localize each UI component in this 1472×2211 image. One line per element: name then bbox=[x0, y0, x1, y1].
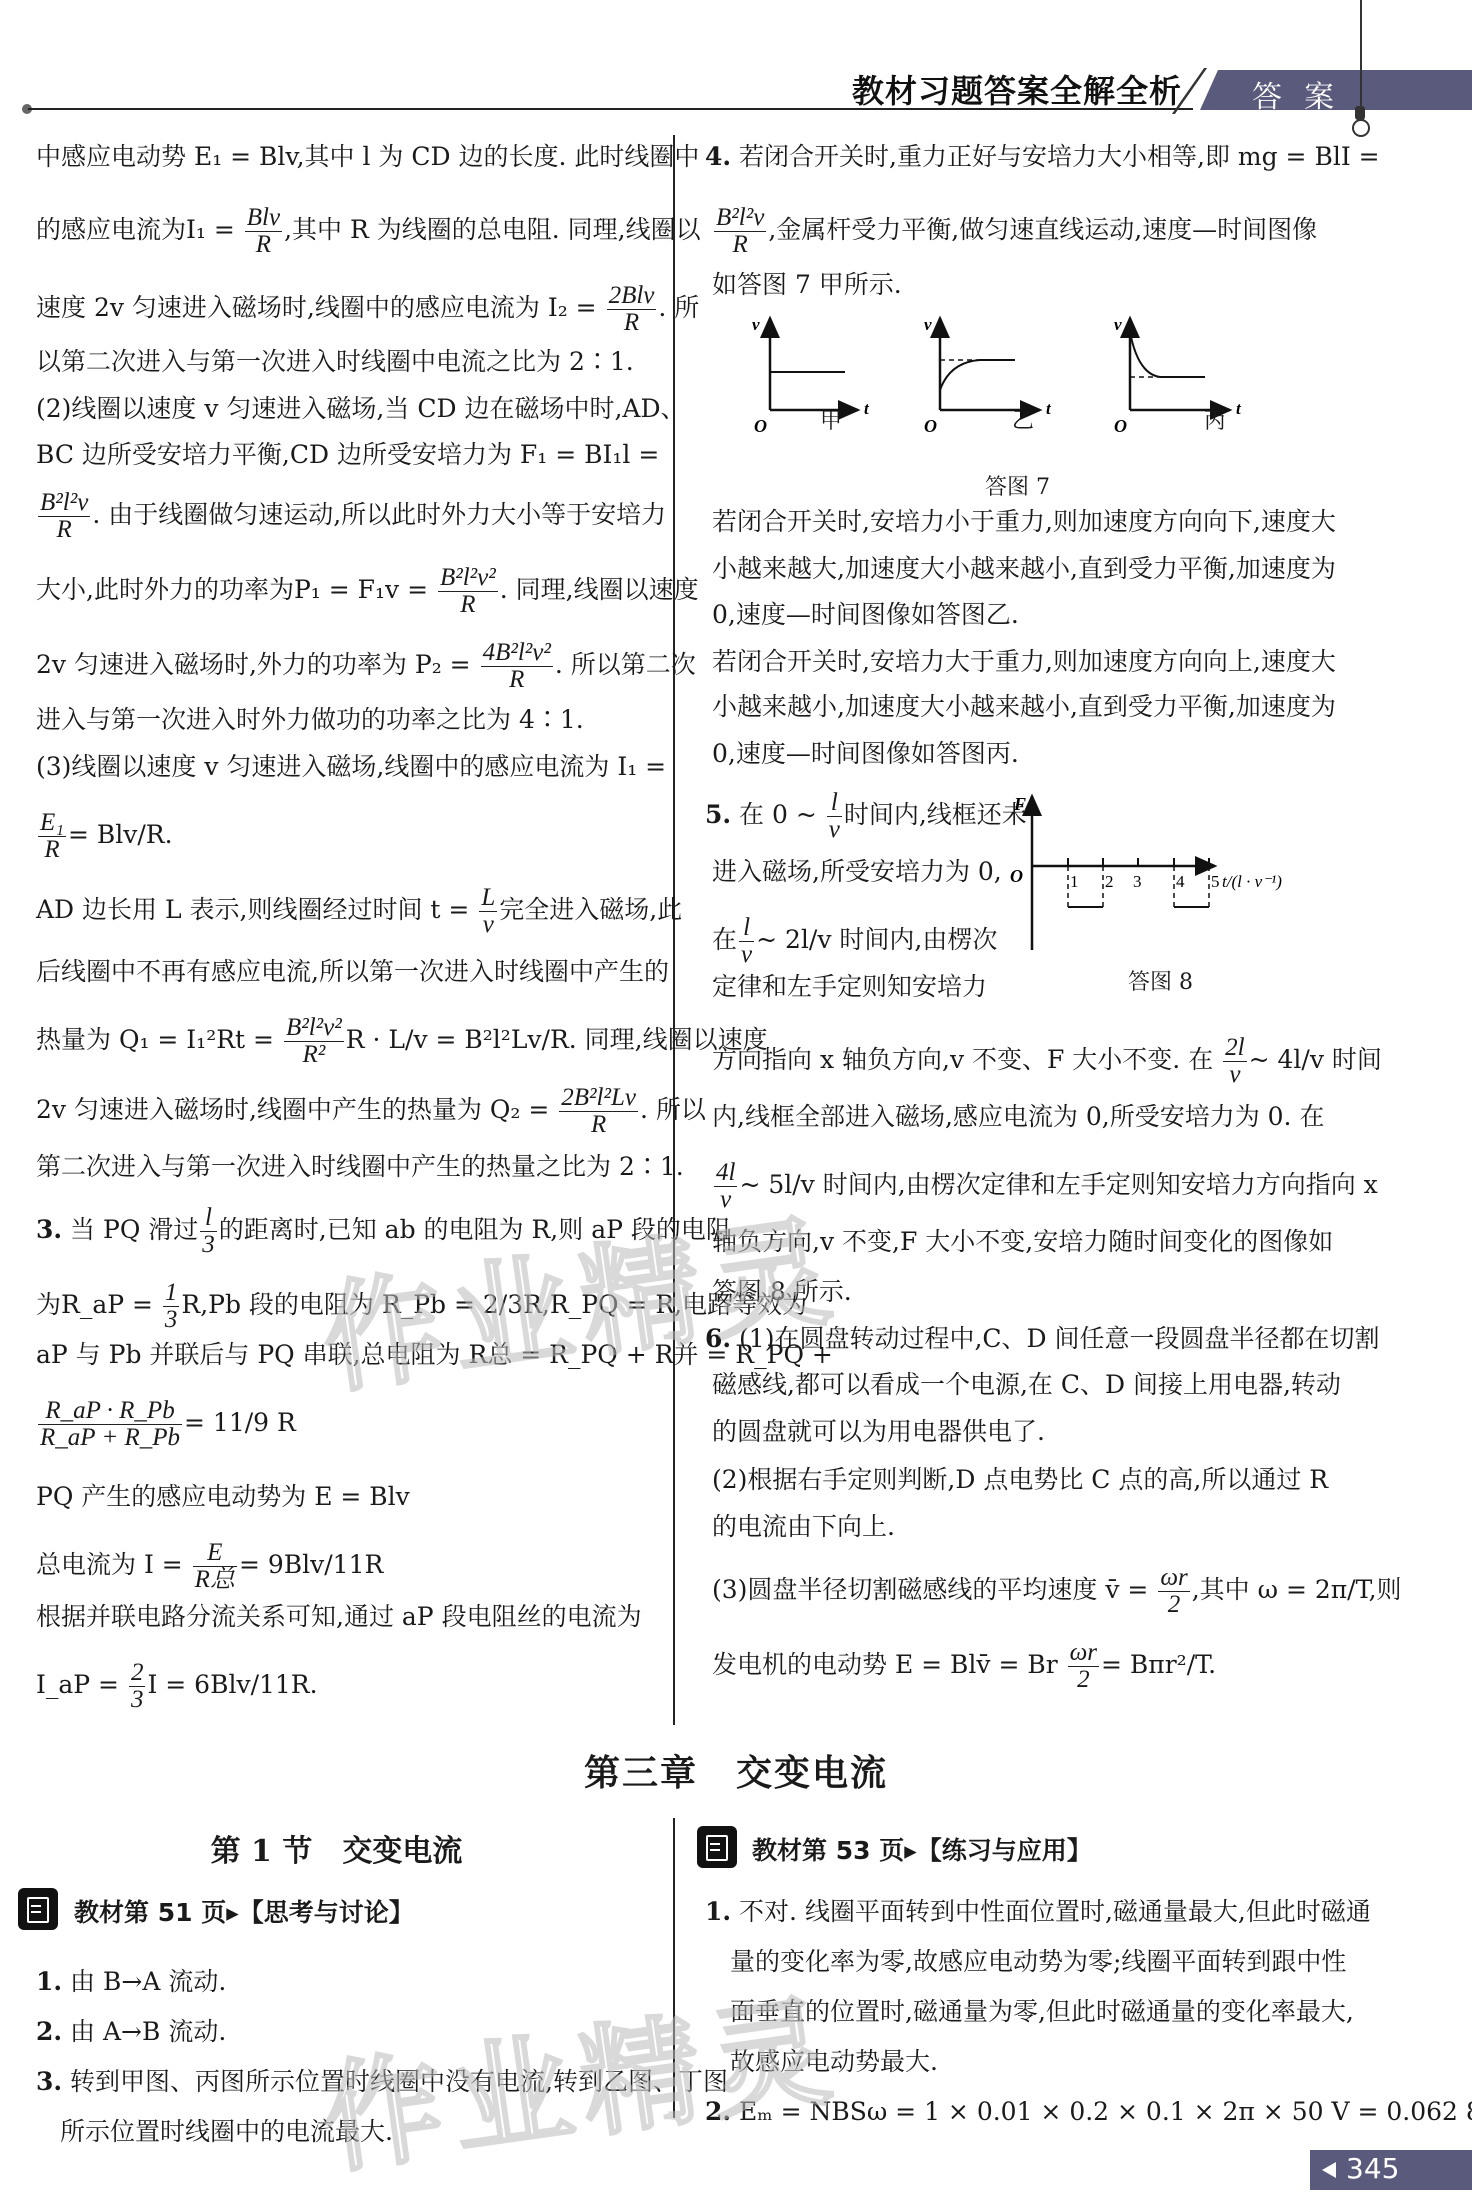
numerator: B²l²v² bbox=[284, 1015, 344, 1042]
text-line: 的圆盘就可以为用电器供电了. bbox=[712, 1415, 1045, 1449]
line-text-tail: . 所以 bbox=[640, 1095, 706, 1124]
graph-label-jia: 甲 bbox=[820, 404, 842, 435]
fraction: 4B²l²v²R bbox=[481, 640, 553, 693]
denominator: 2 bbox=[1068, 1667, 1099, 1693]
text-line: B²l²vR,金属杆受力平衡,做匀速直线运动,速度—时间图像 bbox=[712, 205, 1317, 258]
line-text: I_aP = bbox=[36, 1670, 127, 1699]
numerator: l bbox=[739, 915, 754, 942]
textbook-icon bbox=[697, 1826, 737, 1868]
text-line: 总电流为 I = ER总= 9Blv/11R bbox=[36, 1540, 383, 1593]
fraction: B²l²v²R² bbox=[284, 1015, 344, 1068]
line-text: 小越来越大,加速度大小越来越小,直到受力平衡,加速度为 bbox=[712, 554, 1336, 583]
bookmark-ring-icon bbox=[1352, 119, 1370, 137]
figure-8-ft-graph: F O 12 34 5 t/(l · v⁻¹) bbox=[1000, 790, 1340, 960]
line-text-tail: . 所以第二次 bbox=[555, 650, 696, 679]
numerator: E₁ bbox=[38, 810, 66, 837]
text-line: 内,线框全部进入磁场,感应电流为 0,所受安培力为 0. 在 bbox=[712, 1100, 1324, 1134]
figure-8-caption: 答图 8 bbox=[1128, 965, 1193, 996]
line-text: 定律和左手定则知安培力 bbox=[712, 972, 987, 1001]
denominator: v bbox=[1223, 1062, 1246, 1088]
denominator: R bbox=[481, 667, 553, 693]
svg-text:F: F bbox=[1013, 794, 1026, 814]
line-text: 0,速度—时间图像如答图乙. bbox=[712, 600, 1019, 629]
text-line: 2v 匀速进入磁场时,外力的功率为 P₂ = 4B²l²v²R. 所以第二次 bbox=[36, 640, 696, 693]
text-line: 定律和左手定则知安培力 bbox=[712, 970, 987, 1004]
text-line: 根据并联电路分流关系可知,通过 aP 段电阻丝的电流为 bbox=[36, 1600, 642, 1634]
section-title: 第 1 节 交变电流 bbox=[0, 1826, 673, 1870]
line-text-tail: ~ 5l/v 时间内,由楞次定律和左手定则知安培力方向指向 x bbox=[739, 1170, 1377, 1199]
bookmark-string bbox=[1360, 0, 1362, 108]
svg-text:O: O bbox=[754, 416, 767, 436]
text-line: AD 边长用 L 表示,则线圈经过时间 t = Lv完全进入磁场,此 bbox=[36, 885, 682, 938]
text-line: 4. 若闭合开关时,重力正好与安培力大小相等,即 mg = BlI = bbox=[705, 140, 1380, 174]
watermark: 作业精灵 bbox=[311, 1955, 850, 2198]
svg-text:O: O bbox=[924, 416, 937, 436]
text-line: 2v 匀速进入磁场时,线圈中产生的热量为 Q₂ = 2B²l²LvR. 所以 bbox=[36, 1085, 706, 1138]
numerator: B²l²v bbox=[38, 490, 90, 517]
svg-text:v: v bbox=[752, 315, 760, 334]
denominator: R bbox=[245, 232, 282, 258]
line-text: 由 B→A 流动. bbox=[62, 1967, 226, 1996]
textbook-icon bbox=[18, 1888, 58, 1930]
line-text: 第二次进入与第一次进入时线圈中产生的热量之比为 2∶1. bbox=[36, 1152, 684, 1181]
text-line: 0,速度—时间图像如答图乙. bbox=[712, 598, 1019, 632]
numerator: 1 bbox=[163, 1280, 180, 1307]
text-line: (2)线圈以速度 v 匀速进入磁场,当 CD 边在磁场中时,AD、 bbox=[36, 392, 686, 426]
line-text: 在 0 ~ bbox=[731, 800, 825, 829]
denominator: R bbox=[438, 592, 498, 618]
line-text: 热量为 Q₁ = I₁²Rt = bbox=[36, 1025, 282, 1054]
graph-jia: v t O bbox=[752, 315, 870, 436]
fraction: B²l²vR bbox=[714, 205, 766, 258]
line-text-tail: I = 6Blv/11R. bbox=[147, 1670, 317, 1699]
text-line: 热量为 Q₁ = I₁²Rt = B²l²v²R²R · L/v = B²l²L… bbox=[36, 1015, 768, 1068]
fraction: B²l²vR bbox=[38, 490, 90, 543]
text-line: 1. 由 B→A 流动. bbox=[36, 1965, 226, 1999]
denominator: 3 bbox=[129, 1687, 146, 1713]
line-text-tail: ~ 2l/v 时间内,由楞次 bbox=[756, 925, 997, 954]
item-number: 1. bbox=[36, 1967, 62, 1996]
text-line: 小越来越大,加速度大小越来越小,直到受力平衡,加速度为 bbox=[712, 552, 1336, 586]
line-text: AD 边长用 L 表示,则线圈经过时间 t = bbox=[36, 895, 477, 924]
text-line: 若闭合开关时,安培力大于重力,则加速度方向向上,速度大 bbox=[712, 645, 1336, 679]
denominator: v bbox=[739, 942, 754, 968]
text-line: 磁感线,都可以看成一个电源,在 C、D 间接上用电器,转动 bbox=[712, 1368, 1341, 1402]
line-text: 进入磁场,所受安培力为 0, bbox=[712, 857, 1002, 886]
line-text: 发电机的电动势 E = Blv̄ = Br bbox=[712, 1650, 1066, 1679]
text-line: 进入与第一次进入时外力做功的功率之比为 4∶1. bbox=[36, 703, 584, 737]
text-line: 0,速度—时间图像如答图丙. bbox=[712, 737, 1019, 771]
line-text: 小越来越小,加速度大小越来越小,直到受力平衡,加速度为 bbox=[712, 692, 1336, 721]
line-text: 由 A→B 流动. bbox=[62, 2017, 226, 2046]
svg-text:t: t bbox=[864, 399, 870, 418]
line-text: 速度 2v 匀速进入磁场时,线圈中的感应电流为 I₂ = bbox=[36, 293, 605, 322]
line-text-tail: ,其中 ω = 2π/T,则 bbox=[1192, 1575, 1402, 1604]
answer-label: 答案 bbox=[1252, 72, 1356, 116]
fraction: R_aP · R_PbR_aP + R_Pb bbox=[38, 1398, 182, 1451]
fraction: Lv bbox=[479, 885, 497, 938]
text-line: I_aP = 23I = 6Blv/11R. bbox=[36, 1660, 318, 1713]
numerator: ωr bbox=[1068, 1640, 1099, 1667]
text-line: 以第二次进入与第一次进入时线圈中电流之比为 2∶1. bbox=[36, 345, 634, 379]
text-line: 1. 不对. 线圈平面转到中性面位置时,磁通量最大,但此时磁通 bbox=[705, 1895, 1371, 1929]
denominator: 2 bbox=[1158, 1592, 1189, 1618]
text-line: 在lv~ 2l/v 时间内,由楞次 bbox=[712, 915, 997, 968]
subsection-heading-p51: 教材第 51 页▸【思考与讨论】 bbox=[74, 1893, 414, 1929]
line-text: 如答图 7 甲所示. bbox=[712, 270, 902, 299]
svg-text:O: O bbox=[1114, 416, 1127, 436]
line-text: 以第二次进入与第一次进入时线圈中电流之比为 2∶1. bbox=[36, 347, 634, 376]
line-text: 的感应电流为I₁ = bbox=[36, 215, 243, 244]
line-text-tail: . 同理,线圈以速度 bbox=[500, 575, 699, 604]
text-line: E₁R= Blv/R. bbox=[36, 810, 173, 863]
graph-label-bing: 丙 bbox=[1204, 404, 1226, 435]
fraction: l3 bbox=[200, 1205, 217, 1258]
page-number: 345 bbox=[1346, 2152, 1399, 2185]
svg-text:v: v bbox=[1114, 315, 1122, 334]
denominator: R² bbox=[284, 1042, 344, 1068]
svg-text:t/(l · v⁻¹): t/(l · v⁻¹) bbox=[1222, 872, 1282, 891]
line-text-tail: = Blv/R. bbox=[68, 820, 173, 849]
line-text: 为R_aP = bbox=[36, 1290, 161, 1319]
line-text: 的圆盘就可以为用电器供电了. bbox=[712, 1417, 1045, 1446]
line-text: 0,速度—时间图像如答图丙. bbox=[712, 739, 1019, 768]
text-line: 中感应电动势 E₁ = Blv,其中 l 为 CD 边的长度. 此时线圈中 bbox=[36, 140, 699, 174]
numerator: l bbox=[200, 1205, 217, 1232]
line-text-tail: R · L/v = B²l²Lv/R. 同理,线圈以速度 bbox=[346, 1025, 768, 1054]
fraction: ER总 bbox=[193, 1540, 237, 1593]
fraction: lv bbox=[739, 915, 754, 968]
denominator: R bbox=[714, 232, 766, 258]
line-text-tail: ,金属杆受力平衡,做匀速直线运动,速度—时间图像 bbox=[768, 215, 1317, 244]
svg-text:t: t bbox=[1046, 399, 1052, 418]
line-text-tail: 完全进入磁场,此 bbox=[499, 895, 682, 924]
fraction: 2B²l²LvR bbox=[559, 1085, 638, 1138]
svg-text:O: O bbox=[1010, 866, 1023, 886]
text-line: 2. 由 A→B 流动. bbox=[36, 2015, 226, 2049]
text-line: 方向指向 x 轴负方向,v 不变、F 大小不变. 在 2lv~ 4l/v 时间 bbox=[712, 1035, 1382, 1088]
text-line: 的感应电流为I₁ = BlvR,其中 R 为线圈的总电阻. 同理,线圈以 bbox=[36, 205, 701, 258]
line-text: (3)圆盘半径切割磁感线的平均速度 v̄ = bbox=[712, 1575, 1156, 1604]
line-text: (2)线圈以速度 v 匀速进入磁场,当 CD 边在磁场中时,AD、 bbox=[36, 394, 686, 423]
line-text-tail: . 所 bbox=[658, 293, 699, 322]
denominator: R_aP + R_Pb bbox=[38, 1425, 182, 1451]
graph-label-yi: 乙 bbox=[1012, 404, 1034, 435]
line-text: 2v 匀速进入磁场时,线圈中产生的热量为 Q₂ = bbox=[36, 1095, 557, 1124]
fraction: 23 bbox=[129, 1660, 146, 1713]
book-title: 教材习题答案全解全析 bbox=[852, 66, 1182, 112]
text-line: 进入磁场,所受安培力为 0, bbox=[712, 855, 1002, 889]
fraction: ωr2 bbox=[1158, 1565, 1189, 1618]
line-text-tail: = Bπr²/T. bbox=[1101, 1650, 1216, 1679]
numerator: R_aP · R_Pb bbox=[38, 1398, 182, 1425]
fraction: 2lv bbox=[1223, 1035, 1246, 1088]
numerator: l bbox=[827, 790, 842, 817]
text-line: 后线圈中不再有感应电流,所以第一次进入时线圈中产生的 bbox=[36, 955, 669, 989]
item-number: 2. bbox=[36, 2017, 62, 2046]
line-text: 方向指向 x 轴负方向,v 不变、F 大小不变. 在 bbox=[712, 1045, 1221, 1074]
fraction: E₁R bbox=[38, 810, 66, 863]
fraction: B²l²v²R bbox=[438, 565, 498, 618]
line-text: 进入与第一次进入时外力做功的功率之比为 4∶1. bbox=[36, 705, 584, 734]
text-line: 发电机的电动势 E = Blv̄ = Br ωr2= Bπr²/T. bbox=[712, 1640, 1216, 1693]
text-line: 速度 2v 匀速进入磁场时,线圈中的感应电流为 I₂ = 2BlvR. 所 bbox=[36, 283, 699, 336]
item-number: 3. bbox=[36, 1215, 62, 1244]
text-line: BC 边所受安培力平衡,CD 边所受安培力为 F₁ = BI₁l = bbox=[36, 438, 659, 472]
denominator: 3 bbox=[163, 1307, 180, 1333]
line-text-tail: = 11/9 R bbox=[184, 1408, 296, 1437]
text-line: (3)圆盘半径切割磁感线的平均速度 v̄ = ωr2,其中 ω = 2π/T,则 bbox=[712, 1565, 1402, 1618]
svg-text:1: 1 bbox=[1070, 872, 1079, 891]
numerator: 4B²l²v² bbox=[481, 640, 553, 667]
numerator: B²l²v² bbox=[438, 565, 498, 592]
item-number: 5. bbox=[705, 800, 731, 829]
svg-text:2: 2 bbox=[1105, 872, 1114, 891]
text-line: PQ 产生的感应电动势为 E = Blv bbox=[36, 1480, 410, 1514]
svg-text:5: 5 bbox=[1211, 872, 1220, 891]
denominator: R bbox=[38, 517, 90, 543]
line-text: 在 bbox=[712, 925, 737, 954]
numerator: ωr bbox=[1158, 1565, 1189, 1592]
line-text: BC 边所受安培力平衡,CD 边所受安培力为 F₁ = BI₁l = bbox=[36, 440, 659, 469]
denominator: v bbox=[479, 912, 497, 938]
text-line: 大小,此时外力的功率为P₁ = F₁v = B²l²v²R. 同理,线圈以速度 bbox=[36, 565, 699, 618]
text-line: 5. 在 0 ~ lv时间内,线框还未 bbox=[705, 790, 1027, 843]
line-text: 若闭合开关时,安培力小于重力,则加速度方向向下,速度大 bbox=[712, 507, 1336, 536]
line-text: 根据并联电路分流关系可知,通过 aP 段电阻丝的电流为 bbox=[36, 1602, 642, 1631]
line-text: 不对. 线圈平面转到中性面位置时,磁通量最大,但此时磁通 bbox=[731, 1897, 1371, 1926]
line-text-tail: ,其中 R 为线圈的总电阻. 同理,线圈以 bbox=[284, 215, 701, 244]
item-number: 3. bbox=[36, 2067, 62, 2096]
page-number-tab: 345 bbox=[1310, 2150, 1472, 2190]
text-line: 第二次进入与第一次进入时线圈中产生的热量之比为 2∶1. bbox=[36, 1150, 684, 1184]
line-text-tail: ~ 4l/v 时间 bbox=[1249, 1045, 1382, 1074]
denominator: v bbox=[827, 817, 842, 843]
bookmark-knot bbox=[1355, 106, 1365, 120]
svg-text:t: t bbox=[1236, 399, 1242, 418]
item-number: 4. bbox=[705, 142, 731, 171]
numerator: 4l bbox=[714, 1160, 737, 1187]
line-text: 后线圈中不再有感应电流,所以第一次进入时线圈中产生的 bbox=[36, 957, 669, 986]
numerator: 2l bbox=[1223, 1035, 1246, 1062]
svg-text:3: 3 bbox=[1133, 872, 1142, 891]
fraction: lv bbox=[827, 790, 842, 843]
fraction: 13 bbox=[163, 1280, 180, 1333]
line-text: 内,线框全部进入磁场,感应电流为 0,所受安培力为 0. 在 bbox=[712, 1102, 1324, 1131]
numerator: E bbox=[193, 1540, 237, 1567]
svg-text:v: v bbox=[924, 315, 932, 334]
text-line: (3)线圈以速度 v 匀速进入磁场,线圈中的感应电流为 I₁ = bbox=[36, 750, 666, 784]
numerator: 2B²l²Lv bbox=[559, 1085, 638, 1112]
denominator: R总 bbox=[193, 1567, 237, 1593]
svg-text:4: 4 bbox=[1176, 872, 1185, 891]
text-line: 小越来越小,加速度大小越来越小,直到受力平衡,加速度为 bbox=[712, 690, 1336, 724]
numerator: L bbox=[479, 885, 497, 912]
line-text: 磁感线,都可以看成一个电源,在 C、D 间接上用电器,转动 bbox=[712, 1370, 1341, 1399]
numerator: B²l²v bbox=[714, 205, 766, 232]
line-text: 的电流由下向上. bbox=[712, 1512, 895, 1541]
text-line: 若闭合开关时,安培力小于重力,则加速度方向向下,速度大 bbox=[712, 505, 1336, 539]
denominator: 3 bbox=[200, 1232, 217, 1258]
chapter-title: 第三章 交变电流 bbox=[0, 1745, 1472, 1796]
line-text: 总电流为 I = bbox=[36, 1550, 191, 1579]
line-text: 2v 匀速进入磁场时,外力的功率为 P₂ = bbox=[36, 650, 479, 679]
subsection-heading-p53: 教材第 53 页▸【练习与应用】 bbox=[752, 1831, 1092, 1867]
line-text: 若闭合开关时,重力正好与安培力大小相等,即 mg = BlI = bbox=[731, 142, 1379, 171]
line-text: 当 PQ 滑过 bbox=[62, 1215, 198, 1244]
numerator: 2Blv bbox=[607, 283, 657, 310]
line-text: PQ 产生的感应电动势为 E = Blv bbox=[36, 1482, 410, 1511]
item-number: 1. bbox=[705, 1897, 731, 1926]
header-answer-band: 答案 bbox=[1200, 70, 1472, 110]
line-text: (3)线圈以速度 v 匀速进入磁场,线圈中的感应电流为 I₁ = bbox=[36, 752, 666, 781]
denominator: R bbox=[38, 837, 66, 863]
line-text-tail: . 由于线圈做匀速运动,所以此时外力大小等于安培力 bbox=[92, 500, 666, 529]
denominator: R bbox=[607, 310, 657, 336]
text-line: (2)根据右手定则判断,D 点电势比 C 点的高,所以通过 R bbox=[712, 1463, 1328, 1497]
line-text: 若闭合开关时,安培力大于重力,则加速度方向向上,速度大 bbox=[712, 647, 1336, 676]
fraction: 2BlvR bbox=[607, 283, 657, 336]
denominator: R bbox=[559, 1112, 638, 1138]
figure-7-caption: 答图 7 bbox=[985, 470, 1050, 501]
text-line: B²l²vR. 由于线圈做匀速运动,所以此时外力大小等于安培力 bbox=[36, 490, 666, 543]
fraction: ωr2 bbox=[1068, 1640, 1099, 1693]
fraction: BlvR bbox=[245, 205, 282, 258]
arrow-left-icon bbox=[1322, 2162, 1336, 2178]
numerator: 2 bbox=[129, 1660, 146, 1687]
line-text-tail: = 9Blv/11R bbox=[239, 1550, 383, 1579]
numerator: Blv bbox=[245, 205, 282, 232]
line-text: 大小,此时外力的功率为P₁ = F₁v = bbox=[36, 575, 436, 604]
text-line: 如答图 7 甲所示. bbox=[712, 268, 902, 302]
line-text: (2)根据右手定则判断,D 点电势比 C 点的高,所以通过 R bbox=[712, 1465, 1328, 1494]
text-line: 的电流由下向上. bbox=[712, 1510, 895, 1544]
line-text: 中感应电动势 E₁ = Blv,其中 l 为 CD 边的长度. 此时线圈中 bbox=[36, 142, 699, 171]
text-line: R_aP · R_PbR_aP + R_Pb= 11/9 R bbox=[36, 1398, 296, 1451]
